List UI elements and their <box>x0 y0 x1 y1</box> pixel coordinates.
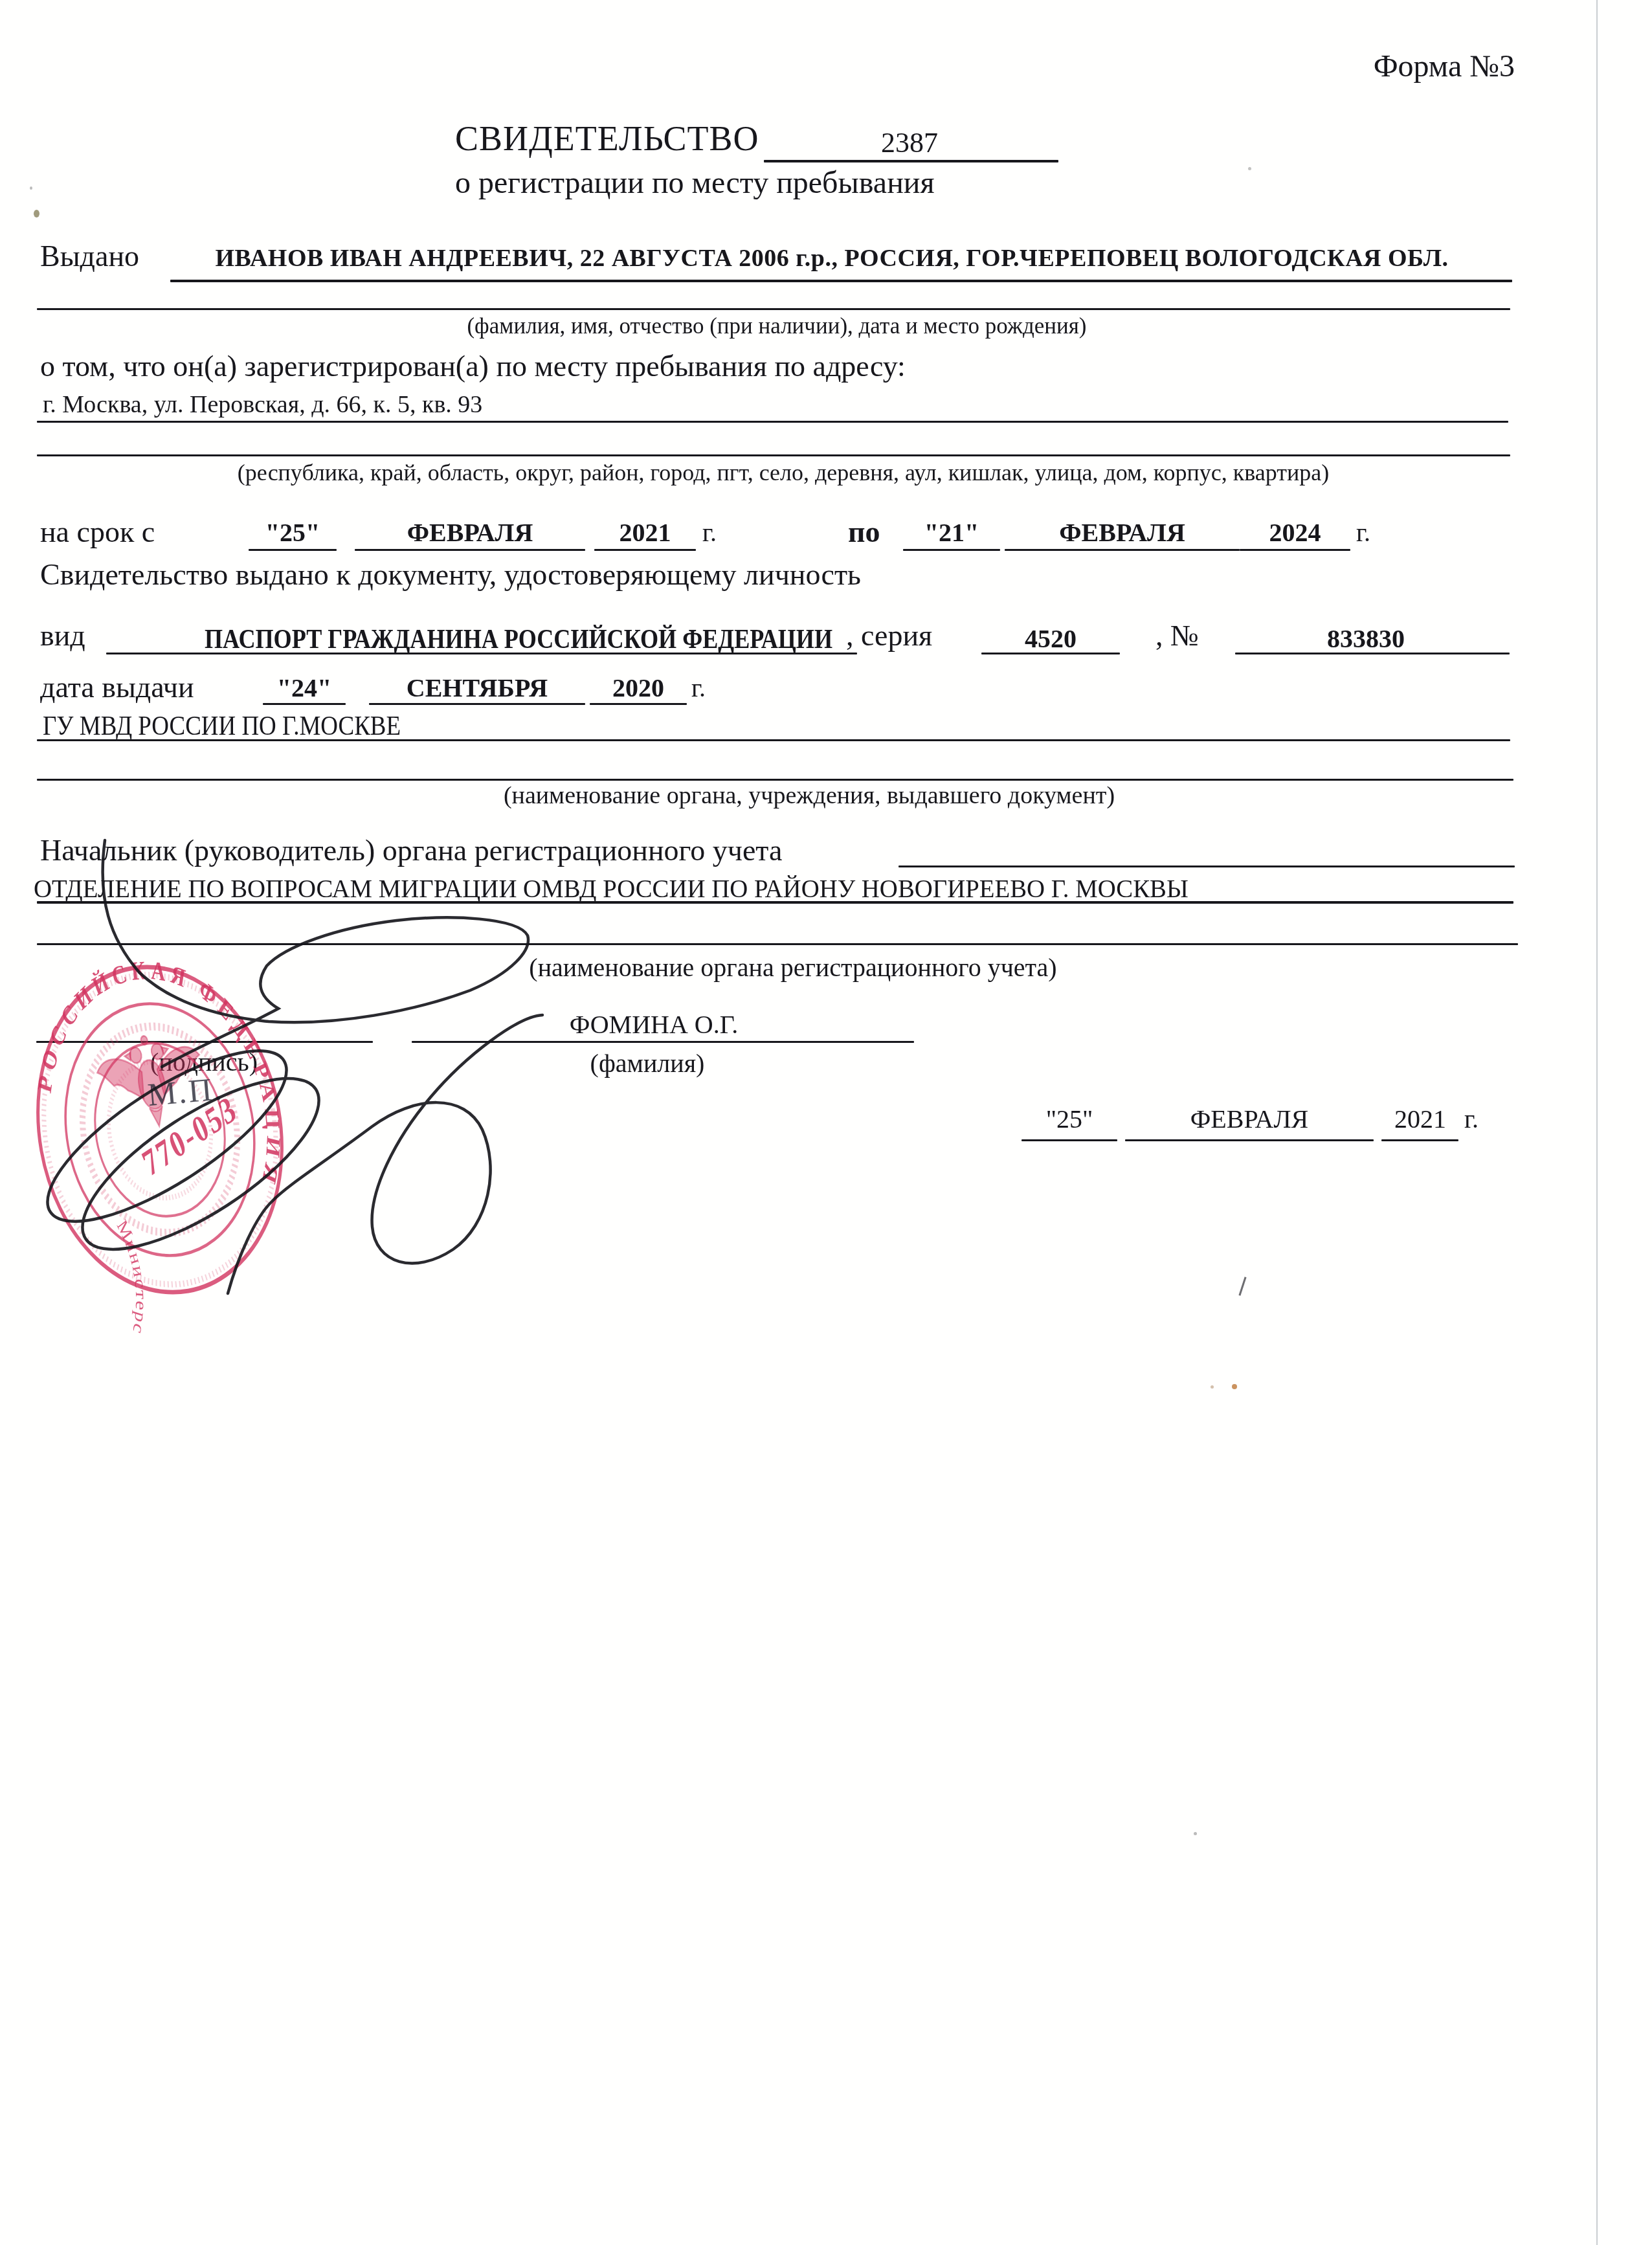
surname-value: ФОМИНА О.Г. <box>557 1011 751 1038</box>
name-caption: (фамилия, имя, отчество (при наличии), д… <box>129 315 1424 339</box>
period-g2: г. <box>1356 519 1370 546</box>
registration-statement: о том, что он(а) зарегистрирован(а) по м… <box>40 351 906 382</box>
document-kind-label: вид <box>40 620 85 651</box>
rule-series <box>981 653 1120 654</box>
signature-loop-a <box>25 1022 309 1251</box>
rule-head <box>899 866 1515 867</box>
rule-from-year <box>594 549 696 551</box>
rule-to-day <box>903 549 1000 551</box>
page-subtitle: о регистрации по месту пребывания <box>455 167 935 199</box>
paper-speck <box>1248 167 1251 170</box>
surname-caption: (фамилия) <box>557 1050 738 1077</box>
period-to-day: "21" <box>903 519 1000 546</box>
series-value: 4520 <box>981 625 1120 653</box>
series-label: , серия <box>846 620 932 651</box>
period-from-month: ФЕВРАЛЯ <box>355 519 585 546</box>
paper-speck <box>1194 1832 1197 1835</box>
period-label: на срок с <box>40 517 155 548</box>
bottom-date-day: "25" <box>1021 1106 1117 1133</box>
signature-stroke-tail <box>228 1015 542 1293</box>
scanner-streak <box>1596 0 1598 2245</box>
rule-issue-day <box>263 703 346 705</box>
rule-authority <box>37 739 1510 741</box>
issue-g: г. <box>691 675 706 702</box>
rule-from-day <box>249 549 337 551</box>
paper-speck <box>30 186 32 190</box>
issue-date-label: дата выдачи <box>40 672 194 703</box>
period-to-year: 2024 <box>1240 519 1350 546</box>
issue-year: 2020 <box>590 675 687 702</box>
rule-full-1 <box>37 308 1510 310</box>
rule-issue-year <box>590 703 687 705</box>
rule-full-2 <box>37 454 1510 456</box>
number-value: 833830 <box>1269 625 1463 653</box>
period-from-day: "25" <box>249 519 337 546</box>
page-title: СВИДЕТЕЛЬСТВО <box>455 120 759 157</box>
rule-under-name <box>170 280 1512 282</box>
rule-number <box>1235 653 1510 654</box>
paper-speck <box>1232 1384 1237 1389</box>
issued-label: Выдано <box>40 241 139 272</box>
signature-stroke-entry <box>103 840 528 1067</box>
issue-day: "24" <box>263 675 346 702</box>
rule-under-number <box>764 160 1058 162</box>
pen-slash-mark <box>1238 1277 1246 1295</box>
certificate-page: Форма №3 СВИДЕТЕЛЬСТВО 2387 о регистраци… <box>0 0 1652 2245</box>
paper-speck <box>34 210 39 218</box>
paper-speck <box>1211 1385 1214 1389</box>
certificate-number: 2387 <box>764 128 1055 158</box>
rule-to-month <box>1005 549 1240 551</box>
period-to-label: по <box>848 517 880 548</box>
rule-to-year <box>1240 549 1350 551</box>
bottom-date-g: г. <box>1464 1106 1479 1133</box>
address-value: г. Москва, ул. Перовская, д. 66, к. 5, к… <box>43 392 482 418</box>
signature <box>0 803 583 1321</box>
rule-under-address <box>37 421 1508 423</box>
issue-month: СЕНТЯБРЯ <box>369 675 585 702</box>
signature-loop-b <box>59 1048 342 1280</box>
period-g1: г. <box>702 519 717 546</box>
address-caption: (республика, край, область, округ, район… <box>129 461 1437 486</box>
document-statement: Свидетельство выдано к документу, удосто… <box>40 559 861 590</box>
period-from-year: 2021 <box>594 519 696 546</box>
bottom-date-month: ФЕВРАЛЯ <box>1125 1106 1374 1133</box>
rule-kind <box>106 653 857 654</box>
form-number-label: Форма №3 <box>1269 50 1515 83</box>
rule-full-3 <box>37 779 1513 781</box>
issuing-authority: ГУ МВД РОССИИ ПО Г.МОСКВЕ <box>43 712 401 741</box>
document-kind-value: ПАСПОРТ ГРАЖДАНИНА РОССИЙСКОЙ ФЕДЕРАЦИИ <box>205 625 832 654</box>
bottom-date-year: 2021 <box>1381 1106 1459 1133</box>
rule-date-day <box>1021 1139 1117 1141</box>
rule-issue-month <box>369 703 585 705</box>
rule-date-month <box>1125 1139 1374 1141</box>
rule-date-year <box>1381 1139 1458 1141</box>
rule-from-month <box>355 549 585 551</box>
issued-name-value: ИВАНОВ ИВАН АНДРЕЕВИЧ, 22 АВГУСТА 2006 г… <box>149 246 1515 272</box>
period-to-month: ФЕВРАЛЯ <box>1005 519 1240 546</box>
number-label: , № <box>1155 620 1199 651</box>
